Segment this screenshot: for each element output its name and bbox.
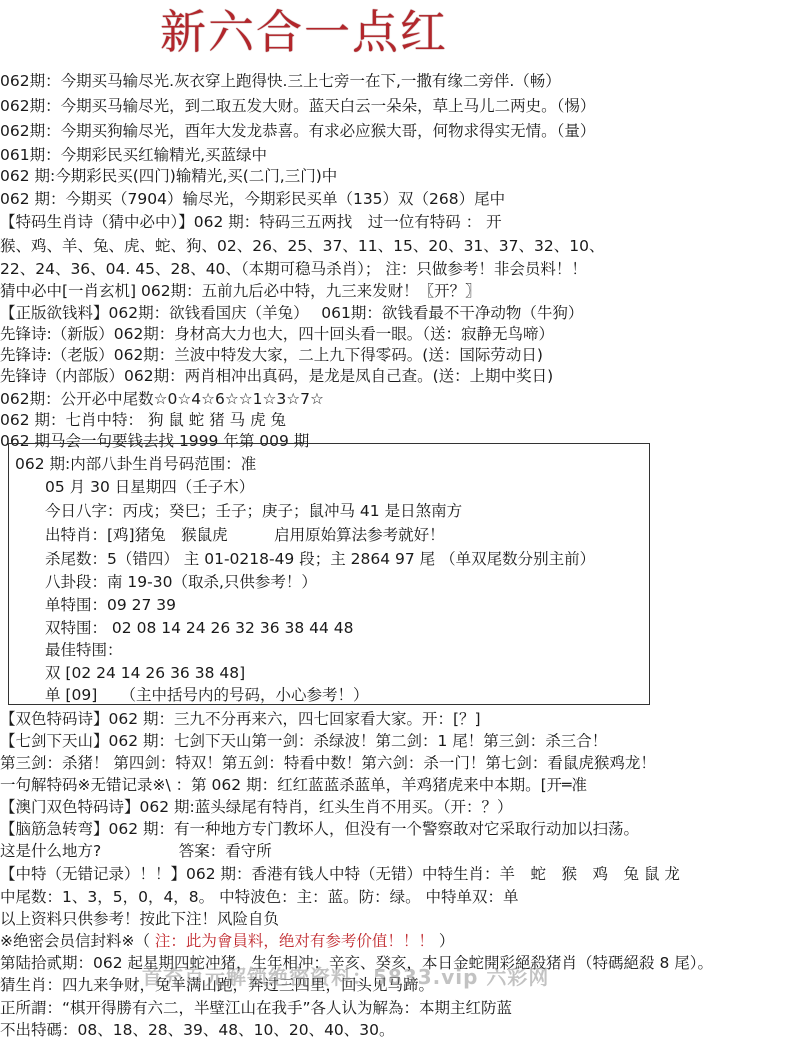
box-best-odd: 单 [09] （主中括号内的号码，小心参考！） bbox=[45, 685, 369, 705]
box-kill-tail: 杀尾数：5（错四） 主 01-0218-49 段；主 2864 97 尾 （单双… bbox=[45, 549, 595, 569]
box-header: 062 期:内部八卦生肖号码范围：准 bbox=[15, 454, 256, 474]
text-line: 先锋诗:（新版）062期：身材高大力也大，四十回头看一眼。（送：寂静无鸟啼） bbox=[0, 324, 554, 344]
text-line: 062 期:今期彩民买(四门)输精光,买(二门,三门)中 bbox=[0, 166, 337, 186]
text-line: 不出特碼：08、18、28、39、48、10、20、40、30。 bbox=[0, 1020, 395, 1040]
text-line: 【澳门双色特码诗】062 期:蓝头绿尾有特肖，红头生肖不用买。（开：？） bbox=[0, 797, 513, 817]
text-line: 先锋诗:（老版）062期：兰波中特发大家，二上九下得零码。(送：国际劳动日) bbox=[0, 345, 543, 365]
text-line: 【脑筋急转弯】062 期：有一种地方专门教坏人，但没有一个警察敢对它采取行动加以… bbox=[0, 819, 639, 839]
text-line: 先锋诗（内部版）062期：两肖相冲出真码，是龙是凤自己查。(送：上期中奖日) bbox=[0, 366, 553, 386]
text-line: 22、24、36、04. 45、28、40、（本期可稳马杀肖）； 注：只做参考！… bbox=[0, 259, 587, 279]
vip-line: ※绝密会员信封料※（ 注：此为會員料，绝对有参考价值！！！ ） bbox=[0, 931, 454, 951]
box-zodiac: 出特肖：[鸡]猪兔 猴鼠虎 启用原始算法参考就好！ bbox=[45, 525, 445, 545]
text-line: 以上资料只供参考！按此下注！风险自负 bbox=[0, 909, 279, 929]
box-date: 05 月 30 日星期四（壬子木） bbox=[45, 477, 254, 497]
text-line: 猜生肖：四九来争财，兔羊满山跑，奔过三四里，回头见马蹄。 bbox=[0, 975, 434, 995]
vip-note: 注：此为會員料，绝对有参考价值！！！ bbox=[155, 932, 434, 950]
vip-prefix: ※绝密会员信封料※（ bbox=[0, 932, 155, 950]
box-bagua: 八卦段：南 19-30（取杀,只供参考！） bbox=[45, 572, 317, 592]
text-line: 一句解特码※无错记录※\ ：第 062 期：红红蓝蓝杀蓝单，羊鸡猪虎来中本期。[… bbox=[0, 775, 587, 795]
text-line: 这是什么地方? 答案：看守所 bbox=[0, 841, 272, 861]
text-line: 【双色特码诗】062 期：三九不分再来六，四七回家看大家。开：[？] bbox=[0, 709, 481, 729]
box-odd-range: 单特围：09 27 39 bbox=[45, 595, 176, 615]
text-line: 猴、鸡、羊、兔、虎、蛇、狗、02、26、25、37、11、15、20、31、37… bbox=[0, 236, 604, 256]
text-line: 猜中必中[一肖玄机] 062期：五前九后必中特，九三来发财！〖开？〗 bbox=[0, 281, 481, 301]
text-line: 正所謂：“棋开得勝有六二，半壁江山在我手”各人认为解為：本期主红防蓝 bbox=[0, 998, 512, 1018]
text-line: 【正版欲钱料】062期：欲钱看国庆（羊兔） 061期：欲钱看最不干净动物（牛狗） bbox=[0, 303, 583, 323]
text-line: 062 期：今期买（7904）输尽光，今期彩民买单（135）双（268）尾中 bbox=[0, 189, 505, 209]
page-title: 新六合一点红 bbox=[160, 4, 448, 60]
text-line: 【特码生肖诗（猜中必中）】062 期：特码三五两找 过一位有特码 ： 开 bbox=[0, 212, 502, 232]
text-line: 062 期：七肖中特： 狗 鼠 蛇 猪 马 虎 兔 bbox=[0, 410, 286, 430]
bagua-box: 062 期:内部八卦生肖号码范围：准 05 月 30 日星期四（壬子木） 今日八… bbox=[8, 443, 650, 705]
text-line: 中尾数：1、3，5，0，4，8。 中特波色：主：蓝。防：绿。 中特单双：单 bbox=[0, 887, 519, 907]
text-line: 【七剑下天山】062 期：七剑下天山第一剑：杀绿波！第二剑：1 尾！第三剑：杀三… bbox=[0, 731, 607, 751]
text-line: 061期：今期彩民买红输精光,买蓝绿中 bbox=[0, 145, 267, 165]
text-line: 第三剑：杀猪！ 第四剑：特双！第五剑：特看中数！第六剑：杀一门！第七剑：看鼠虎猴… bbox=[0, 753, 656, 773]
text-line: 062期：今期买狗输尽光，酉年大发龙恭喜。有求必应猴大哥，何物求得实无情。（量） bbox=[0, 121, 595, 141]
text-line: 062期：今期买马输尽光，到二取五发大财。蓝天白云一朵朵，草上马儿二两史。（惕） bbox=[0, 96, 595, 116]
vip-suffix: ） bbox=[434, 932, 454, 950]
box-best-label: 最佳特围： bbox=[45, 640, 123, 660]
box-bazi: 今日八字：丙戌；癸巳；壬子；庚子；鼠冲马 41 是日煞南方 bbox=[45, 501, 462, 521]
text-line: 062期：公开必中尾数☆0☆4☆6☆☆1☆3☆7☆ bbox=[0, 389, 324, 409]
text-line: 062期：今期买马输尽光.灰衣穿上跑得快.三上七旁一在下,一撒有缘二旁伴.（畅） bbox=[0, 71, 561, 91]
text-line: 第陆拾贰期：062 起星期四蛇冲猪，生年相冲：辛亥、癸亥，本日金蛇開彩絕殺猪肖（… bbox=[0, 953, 713, 973]
box-best-even: 双 [02 24 14 26 36 38 48] bbox=[45, 663, 245, 683]
box-even-range: 双特围： 02 08 14 24 26 32 36 38 44 48 bbox=[45, 618, 354, 638]
text-line: 【中特（无错记录）！！】062 期：香港有钱人中特（无错）中特生肖：羊 蛇 猴 … bbox=[0, 864, 680, 884]
